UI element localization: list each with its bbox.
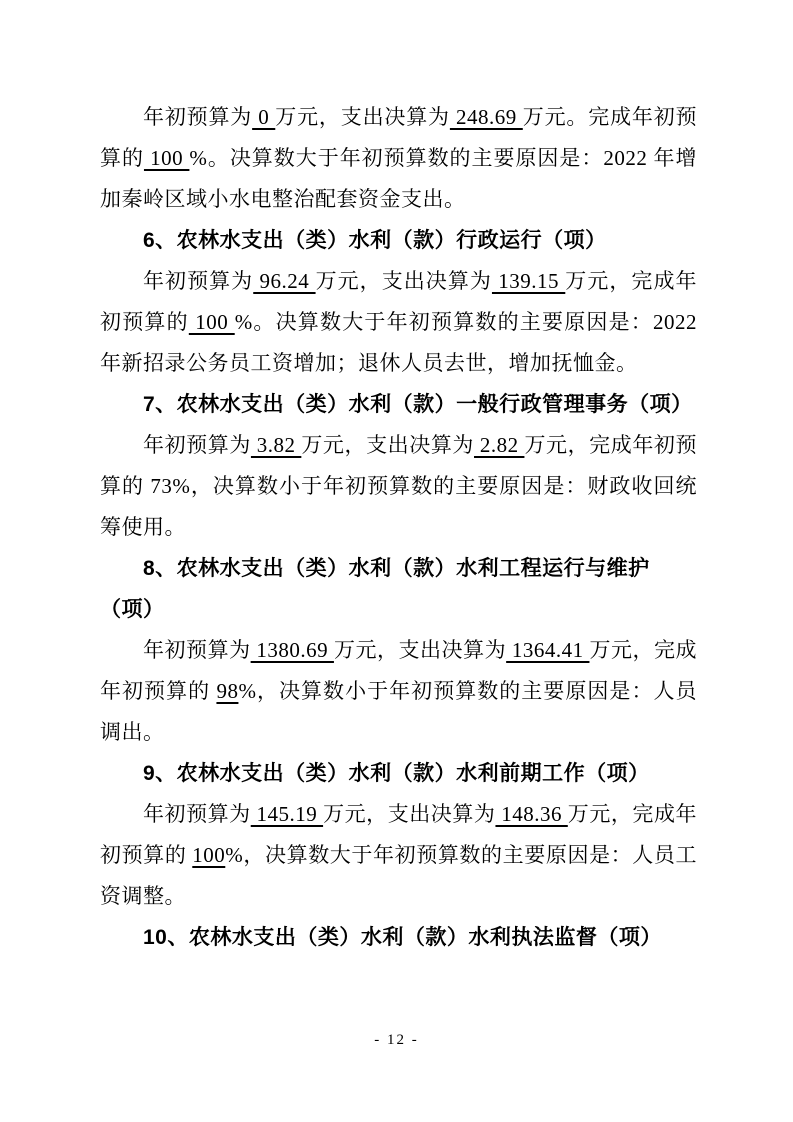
text-segment: %。决算数大于年初预算数的主要原因是：2022 年增加秦岭区域小水电整治配套资金… <box>100 146 697 211</box>
para-item-9: 年初预算为 145.19 万元，支出决算为 148.36 万元，完成年初预算的 … <box>100 794 697 917</box>
para-item-8: 年初预算为 1380.69 万元，支出决算为 1364.41 万元，完成年初预算… <box>100 630 697 753</box>
heading-item-8: 8、农林水支出（类）水利（款）水利工程运行与维护（项） <box>100 548 697 630</box>
text-segment: 万元，支出决算为 <box>316 269 492 293</box>
text-segment: 万元，支出决算为 <box>275 105 450 129</box>
document-content: 年初预算为 0 万元，支出决算为 248.69 万元。完成年初预算的 100 %… <box>100 97 697 958</box>
text-segment: 万元，支出决算为 <box>301 433 474 457</box>
text-segment: 年初预算为 <box>143 638 251 662</box>
text-segment: 年初预算为 <box>143 802 251 826</box>
underlined-value: 98 <box>216 679 238 703</box>
underlined-value: 3.82 <box>251 433 301 457</box>
document-page: 年初预算为 0 万元，支出决算为 248.69 万元。完成年初预算的 100 %… <box>0 0 793 1122</box>
page-number: - 12 - <box>0 1030 793 1050</box>
heading-item-7: 7、农林水支出（类）水利（款）一般行政管理事务（项） <box>100 384 697 425</box>
text-segment: 年初预算为 <box>143 433 251 457</box>
text-segment: 年初预算为 <box>143 105 252 129</box>
para-qinling-hydropower: 年初预算为 0 万元，支出决算为 248.69 万元。完成年初预算的 100 %… <box>100 97 697 220</box>
para-item-6: 年初预算为 96.24 万元，支出决算为 139.15 万元，完成年初预算的 1… <box>100 261 697 384</box>
underlined-value: 1380.69 <box>251 638 334 662</box>
text-segment: 万元，支出决算为 <box>323 802 495 826</box>
underlined-value: 139.15 <box>492 269 565 293</box>
heading-item-10: 10、农林水支出（类）水利（款）水利执法监督（项） <box>100 917 697 958</box>
para-item-7: 年初预算为 3.82 万元，支出决算为 2.82 万元，完成年初预算的 73%，… <box>100 425 697 548</box>
underlined-value: 2.82 <box>474 433 524 457</box>
underlined-value: 148.36 <box>495 802 567 826</box>
underlined-value: 100 <box>189 310 235 334</box>
text-segment: 万元，支出决算为 <box>334 638 506 662</box>
underlined-value: 100 <box>192 843 225 867</box>
underlined-value: 100 <box>144 146 189 170</box>
text-segment: 年初预算为 <box>143 269 253 293</box>
underlined-value: 248.69 <box>450 105 523 129</box>
underlined-value: 145.19 <box>251 802 323 826</box>
heading-item-9: 9、农林水支出（类）水利（款）水利前期工作（项） <box>100 753 697 794</box>
underlined-value: 1364.41 <box>506 638 589 662</box>
underlined-value: 96.24 <box>253 269 315 293</box>
underlined-value: 0 <box>252 105 275 129</box>
heading-item-6: 6、农林水支出（类）水利（款）行政运行（项） <box>100 220 697 261</box>
